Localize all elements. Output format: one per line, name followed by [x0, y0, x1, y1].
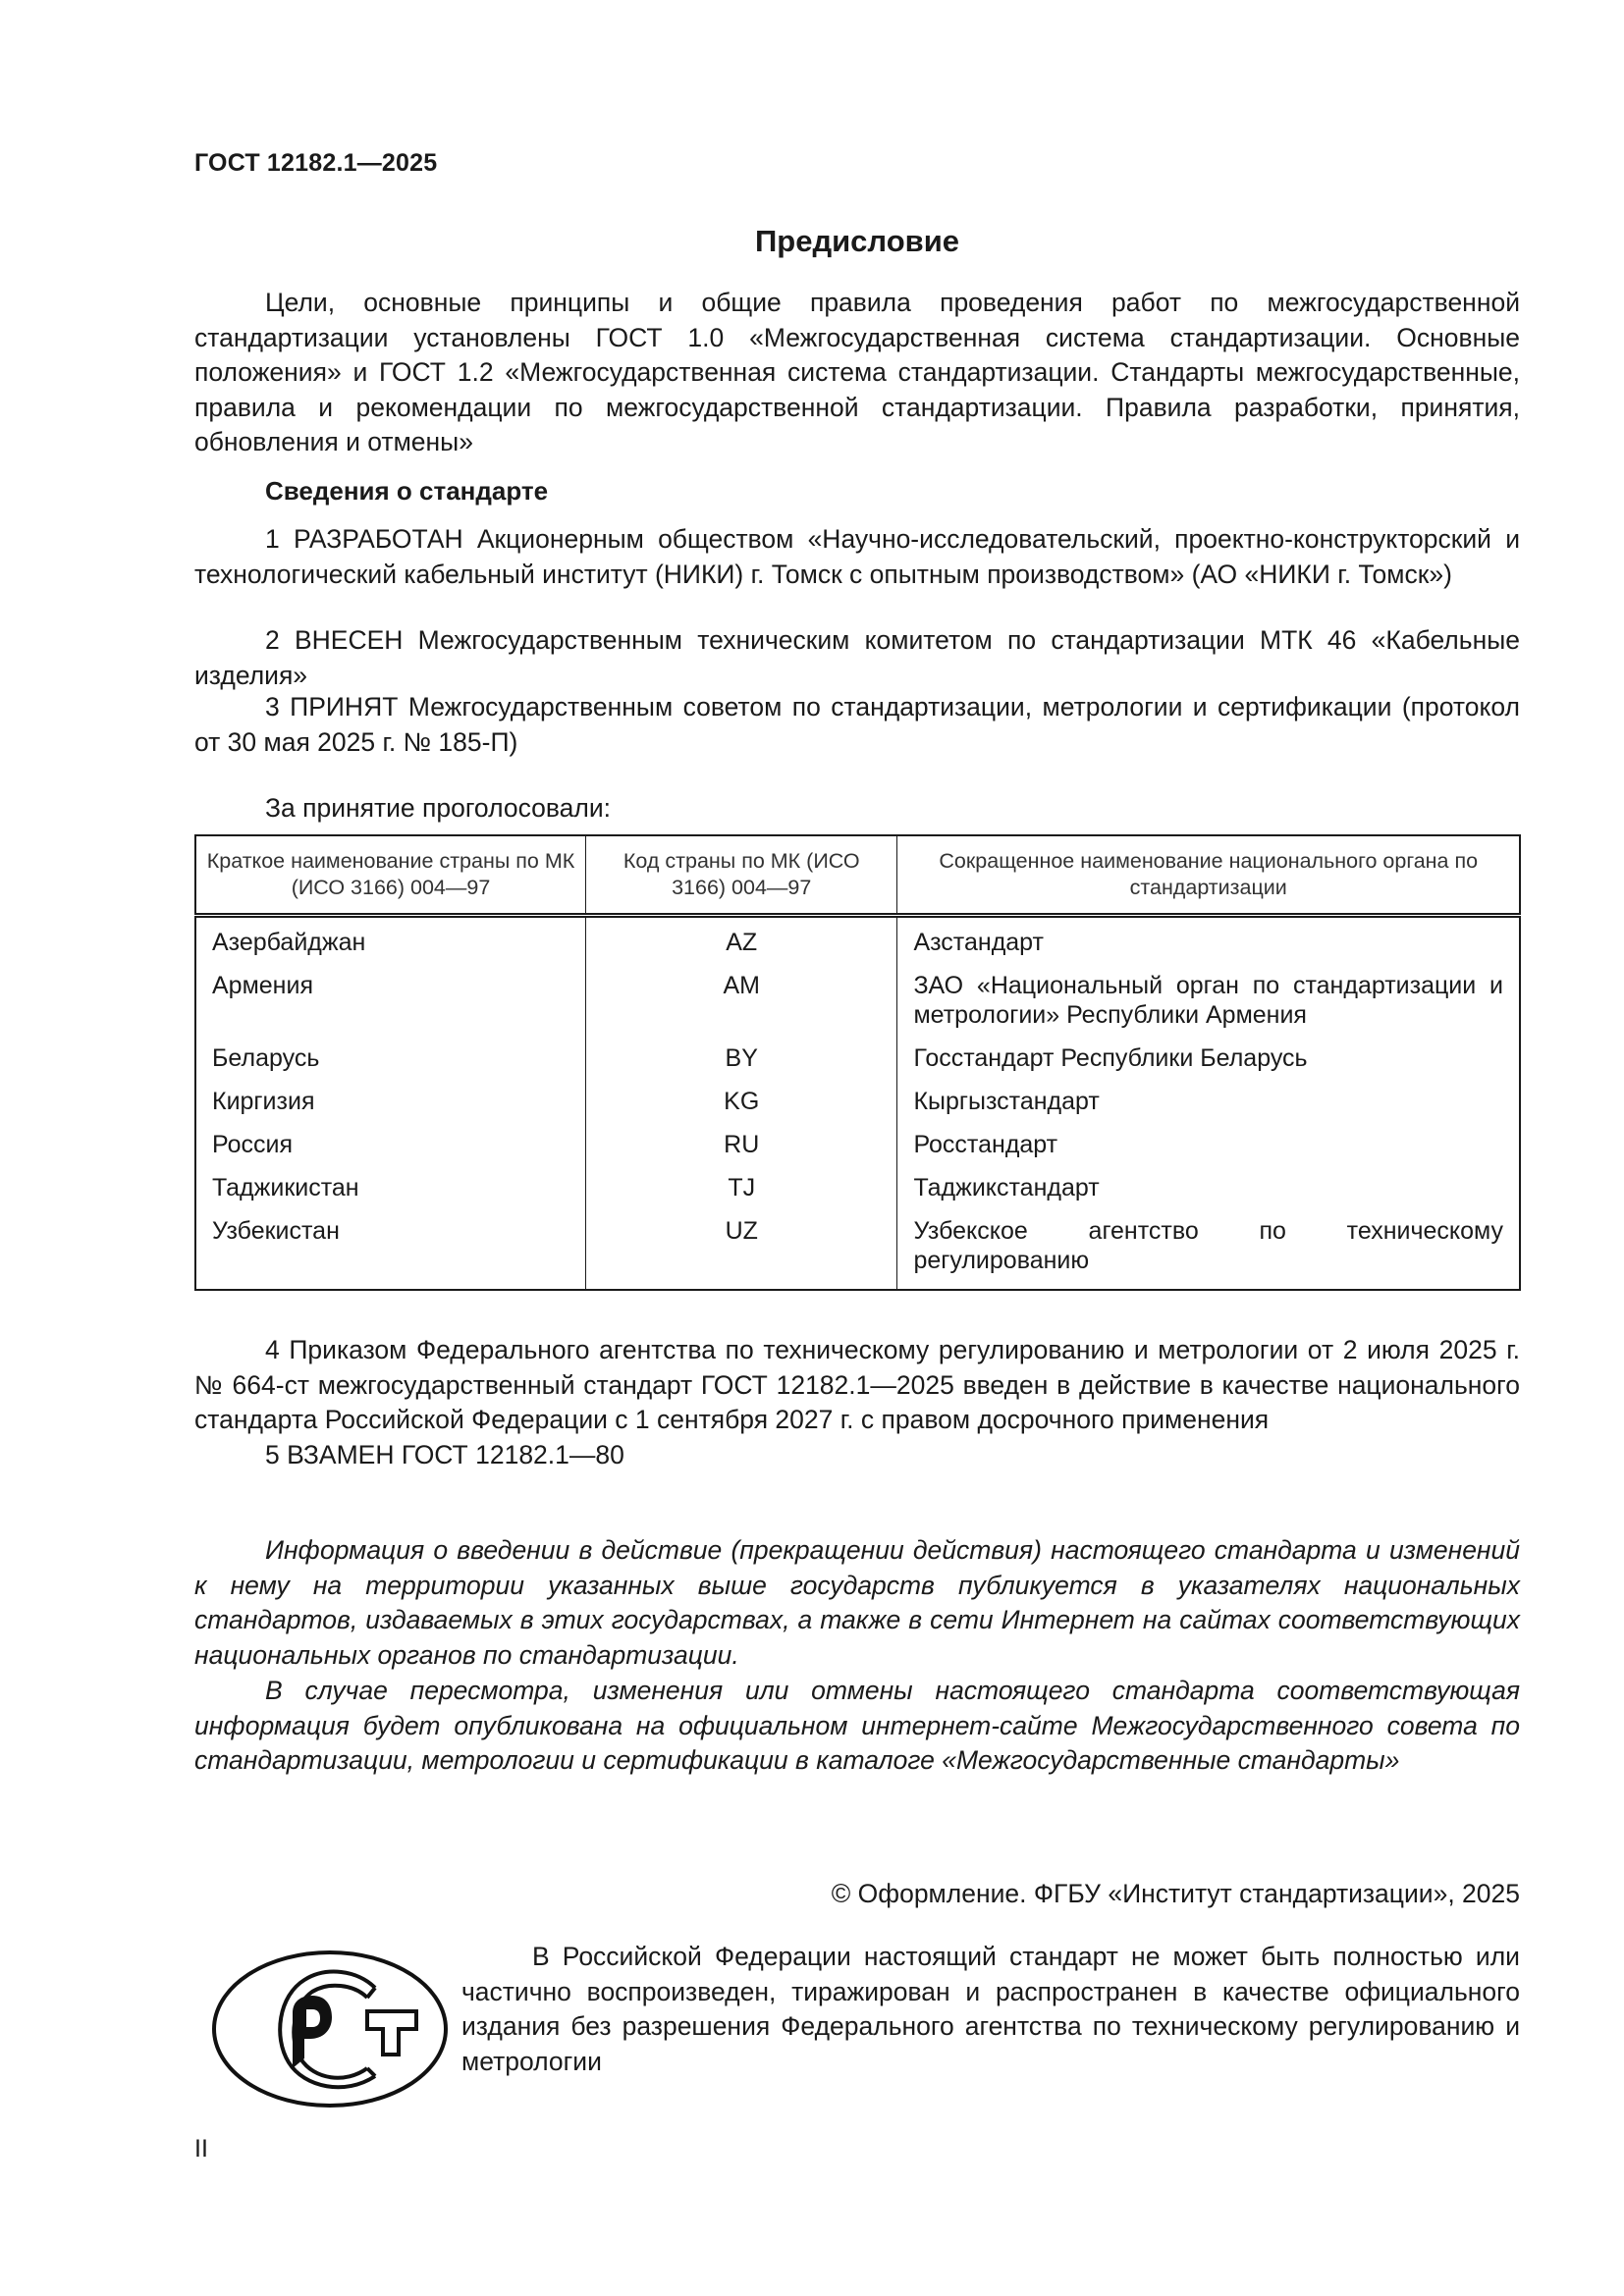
country-name-cell: Армения: [195, 967, 586, 1040]
country-code-cell: KG: [586, 1083, 897, 1126]
item-developed: 1 РАЗРАБОТАН Акционерным обществом «Науч…: [194, 522, 1520, 592]
info-note-revision: В случае пересмотра, изменения или отмен…: [194, 1674, 1520, 1779]
national-body-cell: Узбекское агентство по техническому регу…: [897, 1212, 1520, 1290]
item-adopted: 3 ПРИНЯТ Межгосударственным советом по с…: [194, 690, 1520, 760]
national-body-cell: Госстандарт Республики Беларусь: [897, 1040, 1520, 1083]
copyright-line: © Оформление. ФГБУ «Институт стандартиза…: [832, 1879, 1520, 1909]
country-name-cell: Киргизия: [195, 1083, 586, 1126]
country-name-cell: Азербайджан: [195, 916, 586, 968]
table-row: КиргизияKGКыргызстандарт: [195, 1083, 1520, 1126]
reproduction-notice: В Российской Федерации настоящий стандар…: [461, 1940, 1520, 2079]
country-code-cell: RU: [586, 1126, 897, 1169]
table-row: УзбекистанUZУзбекское агентство по техни…: [195, 1212, 1520, 1290]
document-code-header: ГОСТ 12182.1—2025: [194, 149, 437, 178]
gost-r-logo-icon: [210, 1949, 450, 2109]
member-states-table: Краткое наименование страны по МК (ИСО 3…: [194, 834, 1521, 1291]
national-body-cell: Азстандарт: [897, 916, 1520, 968]
info-note-publication: Информация о введении в действие (прекра…: [194, 1533, 1520, 1673]
table-row: БеларусьBYГосстандарт Республики Беларус…: [195, 1040, 1520, 1083]
item-replaces: 5 ВЗАМЕН ГОСТ 12182.1—80: [194, 1438, 1520, 1473]
country-name-cell: Таджикистан: [195, 1169, 586, 1212]
table-header-row: Краткое наименование страны по МК (ИСО 3…: [195, 835, 1520, 916]
table-row: ТаджикистанTJТаджикстандарт: [195, 1169, 1520, 1212]
table-row: АрменияAMЗАО «Национальный орган по стан…: [195, 967, 1520, 1040]
country-code-cell: UZ: [586, 1212, 897, 1290]
national-body-cell: ЗАО «Национальный орган по стандартизаци…: [897, 967, 1520, 1040]
table-row: РоссияRUРосстандарт: [195, 1126, 1520, 1169]
header-national-body: Сокращенное наименование национального о…: [897, 835, 1520, 916]
header-country-name: Краткое наименование страны по МК (ИСО 3…: [195, 835, 586, 916]
header-country-code: Код страны по МК (ИСО 3166) 004—97: [586, 835, 897, 916]
country-code-cell: AM: [586, 967, 897, 1040]
national-body-cell: Таджикстандарт: [897, 1169, 1520, 1212]
page-title: Предисловие: [194, 224, 1520, 259]
country-code-cell: TJ: [586, 1169, 897, 1212]
page-number: II: [194, 2135, 208, 2163]
intro-paragraph: Цели, основные принципы и общие правила …: [194, 286, 1520, 460]
country-code-cell: AZ: [586, 916, 897, 968]
item-introduced: 2 ВНЕСЕН Межгосударственным техническим …: [194, 623, 1520, 693]
country-name-cell: Беларусь: [195, 1040, 586, 1083]
info-heading: Сведения о стандарте: [265, 476, 548, 507]
national-body-cell: Кыргызстандарт: [897, 1083, 1520, 1126]
country-code-cell: BY: [586, 1040, 897, 1083]
voted-label: За принятие проголосовали:: [265, 793, 611, 824]
table-row: АзербайджанAZАзстандарт: [195, 916, 1520, 968]
country-name-cell: Узбекистан: [195, 1212, 586, 1290]
item-order: 4 Приказом Федерального агентства по тех…: [194, 1333, 1520, 1438]
country-name-cell: Россия: [195, 1126, 586, 1169]
national-body-cell: Росстандарт: [897, 1126, 1520, 1169]
